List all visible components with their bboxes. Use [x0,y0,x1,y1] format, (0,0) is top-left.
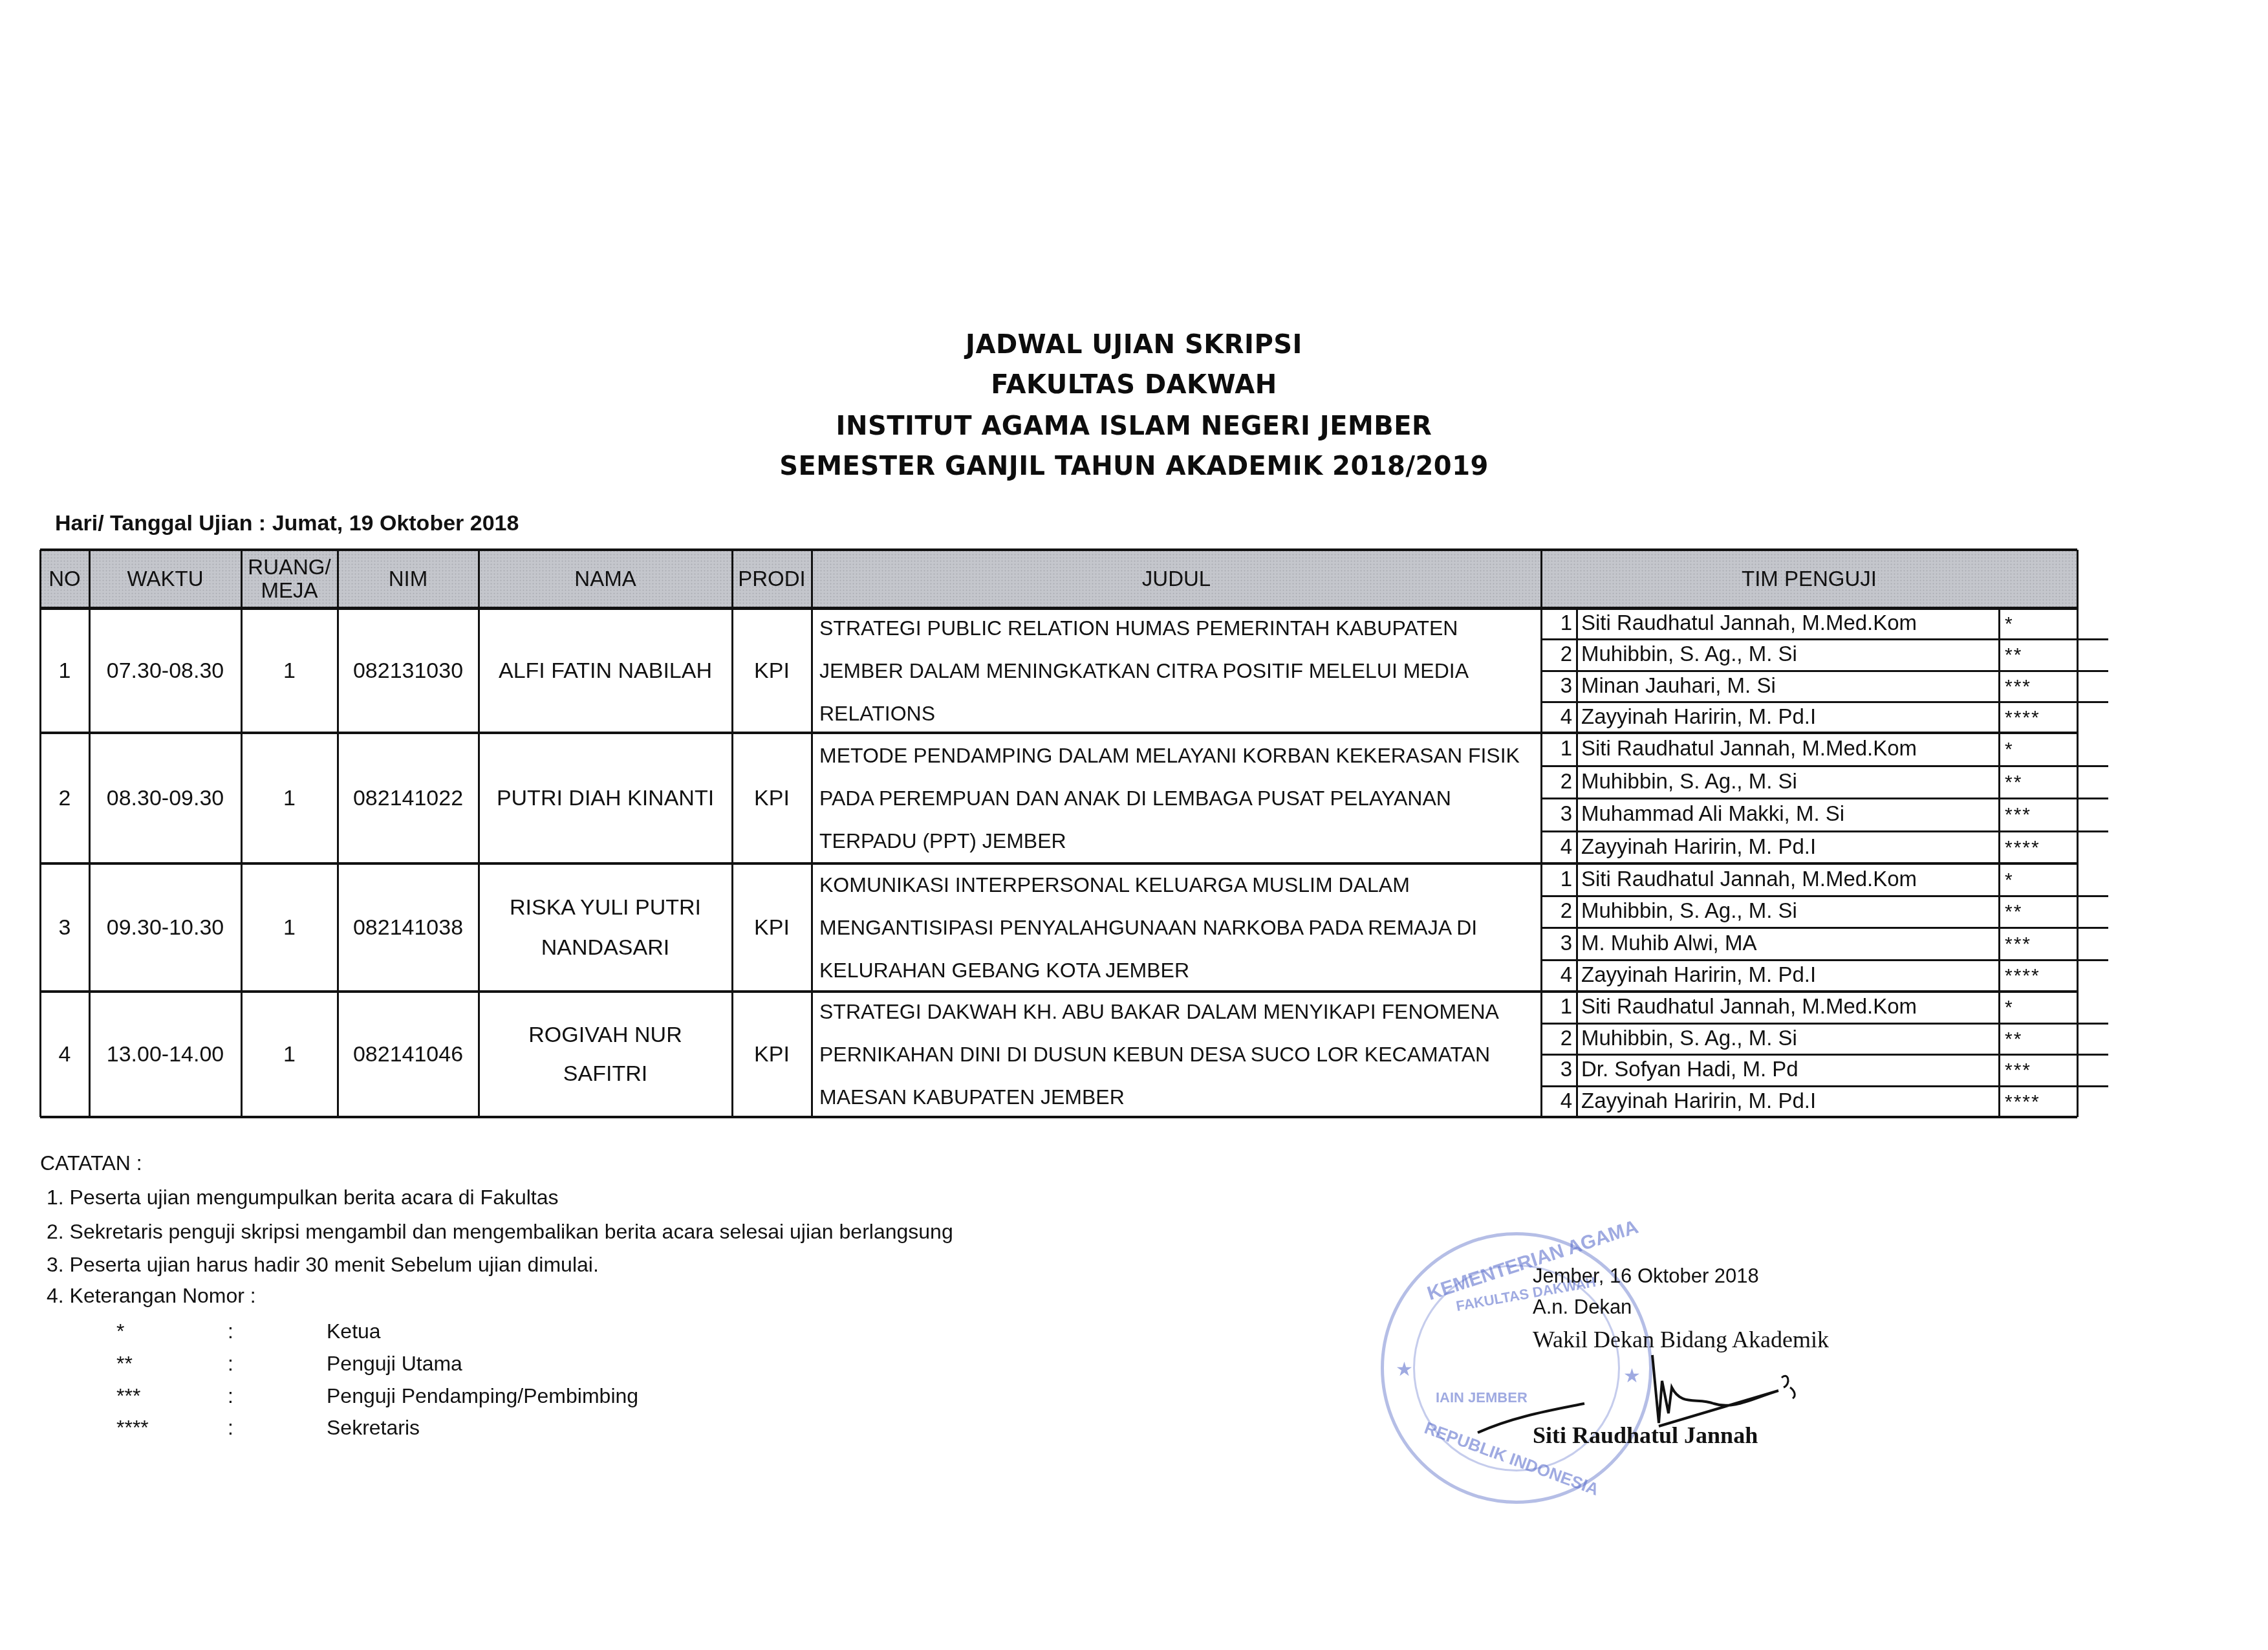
row-no: 4 [40,992,89,1117]
doc-title-line-1: JADWAL UJIAN SKRIPSI [0,330,2268,360]
exam-date-line: Hari/ Tanggal Ujian : Jumat, 19 Oktober … [55,511,519,536]
row-waktu: 13.00-14.00 [89,992,241,1117]
row-ruang: 1 [241,608,338,733]
examiner-number: 1 [1541,867,1572,891]
legend-separator: : [228,1319,233,1343]
row-no: 1 [40,608,89,733]
examiner-role-mark: **** [2005,837,2040,859]
row-ruang: 1 [241,992,338,1117]
examiner-name: Siti Raudhatul Jannah, M.Med.Kom [1581,611,1917,635]
legend-symbol: * [116,1319,194,1343]
row-no: 2 [40,733,89,863]
examiner-number: 4 [1541,834,1572,859]
column-header-tim-penguji: TIM PENGUJI [1541,550,2077,608]
examiner-number: 3 [1541,673,1572,698]
divider [1541,927,2108,929]
legend-meaning: Sekretaris [327,1416,420,1440]
examiner-number: 3 [1541,801,1572,826]
row-prodi: KPI [732,733,812,863]
row-judul: STRATEGI PUBLIC RELATION HUMAS PEMERINTA… [812,608,1541,733]
column-header-judul: JUDUL [812,550,1541,608]
divider [40,1116,2077,1118]
column-header-prodi: PRODI [732,550,812,608]
divider [1576,863,1578,992]
examiner-number: 1 [1541,994,1572,1019]
examiner-name: Zayyinah Haririn, M. Pd.I [1581,1089,1816,1113]
row-prodi: KPI [732,992,812,1117]
column-header-waktu: WAKTU [89,550,241,608]
divider [1541,1023,2108,1025]
exam-schedule-table: NOWAKTURUANG/MEJANIMNAMAPRODIJUDULTIM PE… [40,550,2077,1117]
examiner-number: 4 [1541,1089,1572,1113]
note-item: 4. Keterangan Nomor : [47,1284,256,1308]
examiner-name: Muhibbin, S. Ag., M. Si [1581,642,1797,666]
divider [40,990,2077,993]
examiner-number: 2 [1541,1026,1572,1050]
examiner-number: 4 [1541,962,1572,987]
divider [1541,895,2108,897]
divider [337,550,339,1117]
divider [1576,992,1578,1117]
legend-separator: : [228,1352,233,1376]
examiner-name: Zayyinah Haririn, M. Pd.I [1581,834,1816,859]
note-item: 3. Peserta ujian harus hadir 30 menit Se… [47,1253,599,1277]
examiner-role-mark: *** [2005,804,2031,826]
divider [1541,798,2108,799]
examiner-number: 2 [1541,769,1572,794]
divider [811,550,813,1117]
examiner-role-mark: **** [2005,965,2040,987]
divider [1541,959,2108,961]
examiner-role-mark: **** [2005,707,2040,729]
divider [1576,733,1578,863]
column-header-text: RUANG/ [248,556,330,579]
legend-meaning: Penguji Pendamping/Pembimbing [327,1384,638,1408]
row-ruang: 1 [241,863,338,992]
divider [40,732,2077,734]
divider [1541,1054,2108,1056]
handwritten-signature-icon [1474,1352,1837,1436]
examiner-number: 2 [1541,642,1572,666]
divider [1541,670,2108,672]
divider [40,548,2077,551]
row-nim: 082141022 [338,733,479,863]
examiner-name: Siti Raudhatul Jannah, M.Med.Kom [1581,867,1917,891]
row-nim: 082131030 [338,608,479,733]
divider [1541,638,2108,640]
examiner-number: 2 [1541,898,1572,923]
note-item: 2. Sekretaris penguji skripsi mengambil … [47,1220,953,1244]
row-waktu: 08.30-09.30 [89,733,241,863]
examiner-role-mark: **** [2005,1091,2040,1113]
divider [1540,550,1542,1117]
examiner-role-mark: *** [2005,676,2031,698]
examiner-number: 1 [1541,736,1572,761]
legend-symbol: *** [116,1384,194,1408]
examiner-name: Minan Jauhari, M. Si [1581,673,1776,698]
row-nama: ROGIVAH NUR SAFITRI [479,992,732,1117]
examiner-number: 3 [1541,1057,1572,1081]
row-waktu: 07.30-08.30 [89,608,241,733]
divider [1541,701,2108,703]
legend-symbol: **** [116,1416,194,1440]
legend-meaning: Ketua [327,1319,381,1343]
examiner-number: 3 [1541,931,1572,955]
row-judul: KOMUNIKASI INTERPERSONAL KELUARGA MUSLIM… [812,863,1541,992]
examiner-name: M. Muhib Alwi, MA [1581,931,1756,955]
row-nama: RISKA YULI PUTRI NANDASARI [479,863,732,992]
divider [1998,992,2000,1117]
divider [1541,765,2108,767]
row-no: 3 [40,863,89,992]
examiner-name: Zayyinah Haririn, M. Pd.I [1581,962,1816,987]
column-header-text: MEJA [261,579,318,602]
sign-place-date: Jember, 16 Oktober 2018 [1533,1265,1759,1288]
legend-symbol: ** [116,1352,194,1376]
column-header-nama: NAMA [479,550,732,608]
divider [1541,1085,2108,1087]
examiner-name: Muhammad Ali Makki, M. Si [1581,801,1844,826]
divider [40,862,2077,865]
row-ruang: 1 [241,733,338,863]
divider [1998,608,2000,733]
sign-position: Wakil Dekan Bidang Akademik [1533,1326,1829,1353]
legend-separator: : [228,1416,233,1440]
row-nama: PUTRI DIAH KINANTI [479,733,732,863]
column-header-nim: NIM [338,550,479,608]
divider [1576,608,1578,733]
divider [39,550,41,1117]
examiner-role-mark: * [2005,997,2014,1019]
row-judul: METODE PENDAMPING DALAM MELAYANI KORBAN … [812,733,1541,863]
examiner-name: Siti Raudhatul Jannah, M.Med.Kom [1581,994,1917,1019]
legend-separator: : [228,1384,233,1408]
divider [2077,550,2079,1117]
notes-title: CATATAN : [40,1151,142,1175]
examiner-role-mark: *** [2005,1059,2031,1081]
note-item: 1. Peserta ujian mengumpulkan berita aca… [47,1186,559,1210]
examiner-number: 1 [1541,611,1572,635]
examiner-role-mark: ** [2005,901,2022,923]
row-judul: STRATEGI DAKWAH KH. ABU BAKAR DALAM MENY… [812,992,1541,1117]
row-nama: ALFI FATIN NABILAH [479,608,732,733]
row-nim: 082141046 [338,992,479,1117]
divider [478,550,480,1117]
examiner-name: Zayyinah Haririn, M. Pd.I [1581,704,1816,729]
examiner-role-mark: ** [2005,1028,2022,1050]
examiner-role-mark: * [2005,613,2014,635]
examiner-name: Muhibbin, S. Ag., M. Si [1581,769,1797,794]
column-header-ruang-meja: RUANG/MEJA [241,550,338,608]
doc-title-line-3: INSTITUT AGAMA ISLAM NEGERI JEMBER [0,411,2268,441]
column-header-no: NO [40,550,89,608]
examiner-role-mark: * [2005,869,2014,891]
doc-title-line-2: FAKULTAS DAKWAH [0,370,2268,400]
divider [40,607,2077,610]
divider [241,550,243,1117]
row-waktu: 09.30-10.30 [89,863,241,992]
examiner-role-mark: ** [2005,644,2022,666]
divider [89,550,91,1117]
sign-on-behalf: A.n. Dekan [1533,1296,1632,1319]
row-prodi: KPI [732,863,812,992]
divider [1998,863,2000,992]
examiner-name: Dr. Sofyan Hadi, M. Pd [1581,1057,1798,1081]
divider [731,550,733,1117]
examiner-role-mark: *** [2005,933,2031,955]
examiner-number: 4 [1541,704,1572,729]
examiner-name: Muhibbin, S. Ag., M. Si [1581,898,1797,923]
examiner-role-mark: * [2005,739,2014,761]
divider [1541,830,2108,832]
examiner-role-mark: ** [2005,772,2022,794]
divider [1998,733,2000,863]
doc-title-line-4: SEMESTER GANJIL TAHUN AKADEMIK 2018/2019 [0,451,2268,481]
examiner-name: Muhibbin, S. Ag., M. Si [1581,1026,1797,1050]
row-prodi: KPI [732,608,812,733]
star-icon: ★ [1396,1358,1413,1381]
row-nim: 082141038 [338,863,479,992]
legend-meaning: Penguji Utama [327,1352,462,1376]
examiner-name: Siti Raudhatul Jannah, M.Med.Kom [1581,736,1917,761]
